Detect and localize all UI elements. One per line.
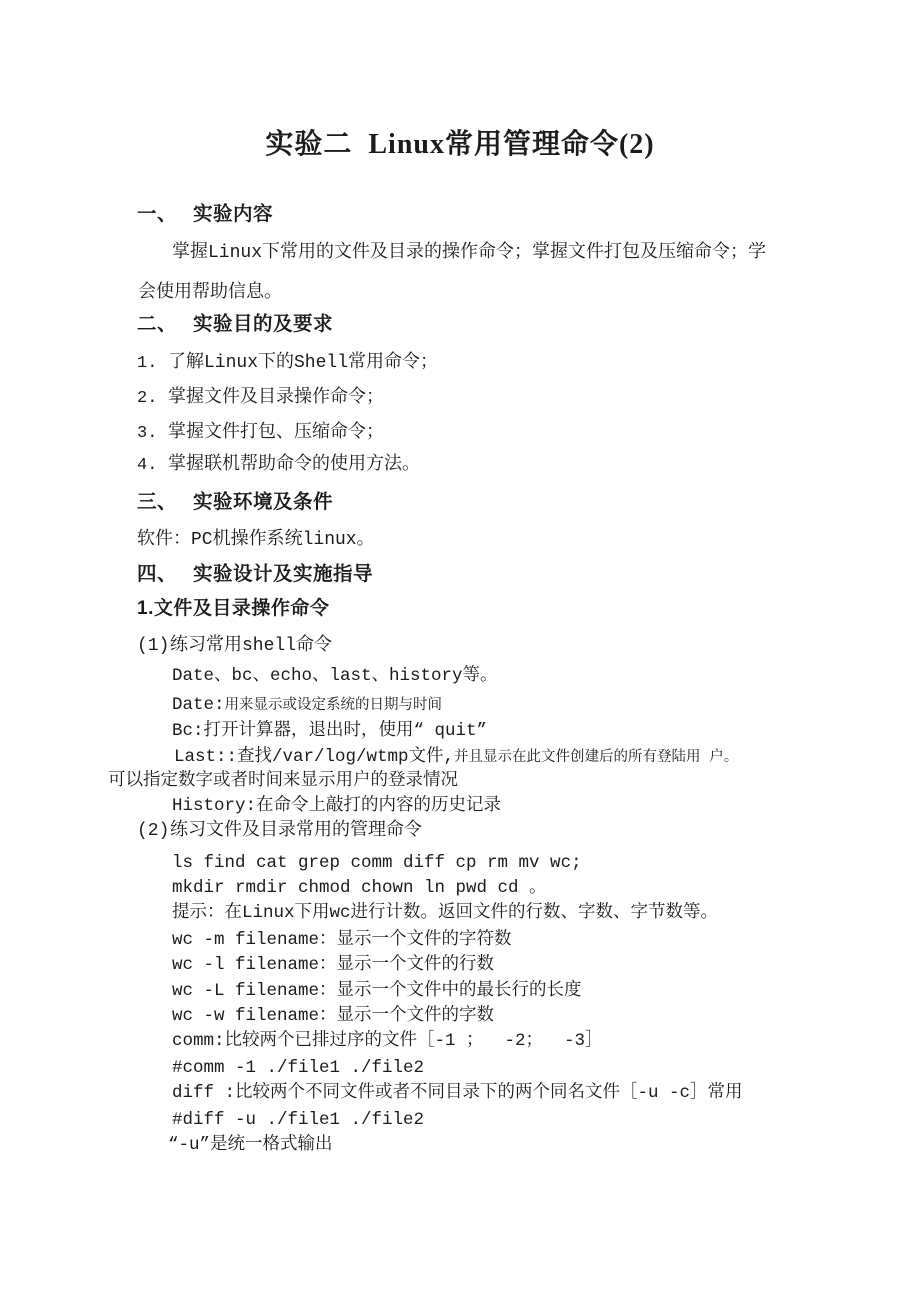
subsection-1-heading: 1.文件及目录操作命令 xyxy=(137,598,329,621)
cmd-line-diff-example: #diff -u ./file1 ./file2 xyxy=(172,1110,424,1131)
cmd-line-diff: diff :比较两个不同文件或者不同目录下的两个同名文件［-u -c］常用 xyxy=(172,1083,743,1104)
cmd-line-ls: ls find cat grep comm diff cp rm mv wc; xyxy=(172,853,582,874)
cmd-line-wc-l: wc -l filename：显示一个文件的行数 xyxy=(172,955,494,976)
section-1-paragraph-line-1: 掌握Linux下常用的文件及目录的操作命令；掌握文件打包及压缩命令；学 xyxy=(172,243,766,265)
section-2-heading: 二、实验目的及要求 xyxy=(137,313,333,336)
last-command-line: Last::查找/var/log/wtmp文件,并且显示在此文件创建后的所有登陆… xyxy=(174,747,738,768)
cmd-line-u-option-note: “-u”是统一格式输出 xyxy=(168,1135,333,1156)
section-1-heading: 一、实验内容 xyxy=(137,203,273,226)
section-3-title: 实验环境及条件 xyxy=(193,491,333,513)
document-page: 实验二 Linux常用管理命令(2) 一、实验内容 掌握Linux下常用的文件及… xyxy=(0,0,920,1302)
section-1-paragraph-line-2: 会使用帮助信息。 xyxy=(138,283,282,305)
practice-2-label: (2)练习文件及目录常用的管理命令 xyxy=(137,821,422,843)
cmd-line-mkdir: mkdir rmdir chmod chown ln pwd cd 。 xyxy=(172,878,547,899)
section-4-heading: 四、实验设计及实施指导 xyxy=(137,563,373,586)
cmd-line-comm: comm:比较两个已排过序的文件［-1 ； -2； -3］ xyxy=(172,1031,603,1052)
date-command-line: Date:用来显示或设定系统的日期与时间 xyxy=(172,695,442,716)
section-3-body: 软件：PC机操作系统linux。 xyxy=(137,530,375,552)
history-command-line: History:在命令上敲打的内容的历史记录 xyxy=(172,796,501,817)
objective-item-3: 3.掌握文件打包、压缩命令； xyxy=(137,423,384,445)
cmd-line-hint: 提示：在Linux下用wc进行计数。返回文件的行数、字数、字节数等。 xyxy=(172,903,718,924)
cmd-line-comm-example: #comm -1 ./file1 ./file2 xyxy=(172,1058,424,1079)
section-2-title: 实验目的及要求 xyxy=(193,313,333,335)
bc-command-line: Bc:打开计算器，退出时，使用“ quit” xyxy=(172,721,487,742)
section-2-number: 二、 xyxy=(137,313,193,336)
last-command-prefix: Last::查找/var/log/wtmp文件, xyxy=(174,747,454,767)
doc-title: 实验二 Linux常用管理命令(2) xyxy=(0,128,920,162)
cmd-line-wc-m: wc -m filename：显示一个文件的字符数 xyxy=(172,930,512,951)
date-command-prefix: Date: xyxy=(172,695,225,715)
section-4-number: 四、 xyxy=(137,563,193,586)
practice-1-label: (1)练习常用shell命令 xyxy=(137,636,332,658)
section-1-number: 一、 xyxy=(137,203,193,226)
cmd-line-wc-L: wc -L filename：显示一个文件中的最长行的长度 xyxy=(172,981,582,1002)
section-4-title: 实验设计及实施指导 xyxy=(193,563,373,585)
objective-item-1: 1.了解Linux下的Shell常用命令； xyxy=(137,353,438,375)
section-3-number: 三、 xyxy=(137,491,193,514)
date-command-desc: 用来显示或设定系统的日期与时间 xyxy=(225,698,443,714)
section-3-heading: 三、实验环境及条件 xyxy=(137,491,333,514)
objective-item-2: 2.掌握文件及目录操作命令； xyxy=(137,388,384,410)
last-command-wrap-line: 可以指定数字或者时间来显示用户的登录情况 xyxy=(108,771,458,792)
cmd-line-wc-w: wc -w filename：显示一个文件的字数 xyxy=(172,1006,494,1027)
objective-item-4: 4.掌握联机帮助命令的使用方法。 xyxy=(137,455,420,477)
last-command-desc: 并且显示在此文件创建后的所有登陆用 户。 xyxy=(454,750,738,766)
section-1-title: 实验内容 xyxy=(193,203,273,225)
shell-commands-line: Date、bc、echo、last、history等。 xyxy=(172,666,498,687)
